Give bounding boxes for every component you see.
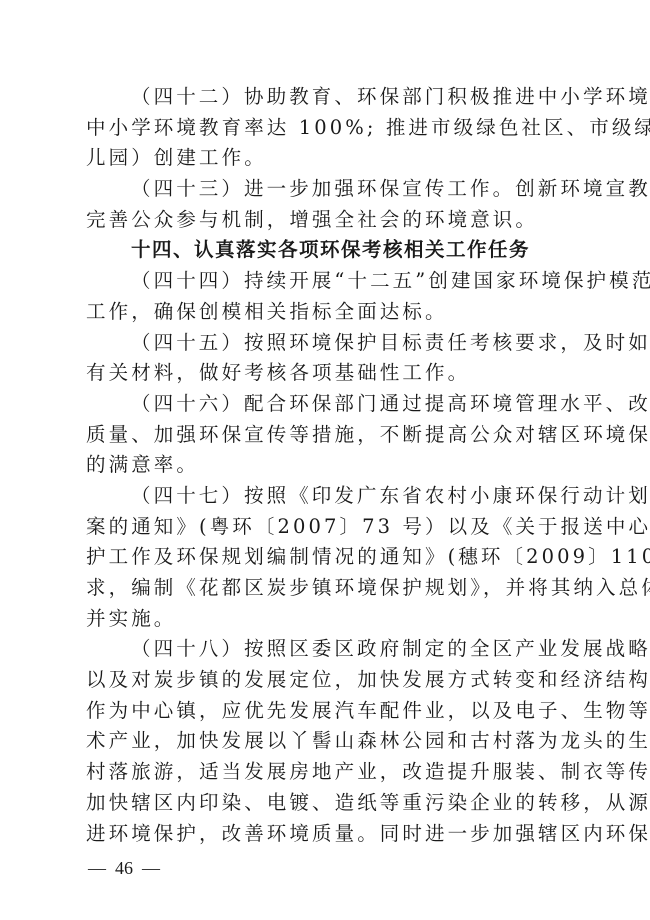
paragraph-47-line-2: 案的通知》(粤环〔2007〕73 号）以及《关于报送中心镇环境保 <box>86 512 566 543</box>
paragraph-48-line-4: 术产业，加快发展以丫髻山森林公园和古村落为龙头的生态、古 <box>86 726 566 757</box>
paragraph-45-line-1: （四十五）按照环境保护目标责任考核要求，及时如实上报 <box>86 328 566 359</box>
section-heading-14: 十四、认真落实各项环保考核相关工作任务 <box>86 235 566 266</box>
paragraph-46-line-2: 质量、加强环保宣传等措施，不断提高公众对辖区环境保护工作 <box>86 420 566 451</box>
paragraph-48-line-3: 作为中心镇，应优先发展汽车配件业，以及电子、生物等高新技 <box>86 696 566 727</box>
paragraph-48-line-5: 村落旅游，适当发展房地产业，改造提升服装、制衣等传统产业， <box>86 757 566 788</box>
paragraph-47-line-1: （四十七）按照《印发广东省农村小康环保行动计划实施方 <box>86 481 566 512</box>
page-number: — 46 — <box>88 858 160 879</box>
paragraph-45-line-2: 有关材料，做好考核各项基础性工作。 <box>86 358 566 389</box>
paragraph-44-line-1: （四十四）持续开展“十二五”创建国家环境保护模范城市 <box>86 266 566 297</box>
paragraph-46-line-3: 的满意率。 <box>86 450 566 481</box>
paragraph-47-line-5: 并实施。 <box>86 604 566 635</box>
paragraph-48-line-7: 进环境保护，改善环境质量。同时进一步加强辖区内环保监督管 <box>86 819 566 850</box>
paragraph-44-line-2: 工作，确保创模相关指标全面达标。 <box>86 297 566 328</box>
paragraph-48-line-2: 以及对炭步镇的发展定位，加快发展方式转变和经济结构调整， <box>86 665 566 696</box>
document-body: （四十二）协助教育、环保部门积极推进中小学环境教育。 中小学环境教育率达 100… <box>86 82 566 849</box>
paragraph-43-line-2: 完善公众参与机制，增强全社会的环境意识。 <box>86 205 566 236</box>
paragraph-48-line-1: （四十八）按照区委区政府制定的全区产业发展战略、布局 <box>86 634 566 665</box>
paragraph-48-line-6: 加快辖区内印染、电镀、造纸等重污染企业的转移，从源头上促 <box>86 788 566 819</box>
paragraph-42-line-3: 儿园）创建工作。 <box>86 143 566 174</box>
paragraph-43-line-1: （四十三）进一步加强环保宣传工作。创新环境宣教手段， <box>86 174 566 205</box>
paragraph-42-line-1: （四十二）协助教育、环保部门积极推进中小学环境教育。 <box>86 82 566 113</box>
paragraph-47-line-4: 求，编制《花都区炭步镇环境保护规划》，并将其纳入总体规划一 <box>86 573 566 604</box>
paragraph-46-line-1: （四十六）配合环保部门通过提高环境管理水平、改善环境 <box>86 389 566 420</box>
paragraph-47-line-3: 护工作及环保规划编制情况的通知》(穗环〔2009〕110 号）的要 <box>86 542 566 573</box>
paragraph-42-line-2: 中小学环境教育率达 100%; 推进市级绿色社区、市级绿色学校(幼 <box>86 113 566 144</box>
